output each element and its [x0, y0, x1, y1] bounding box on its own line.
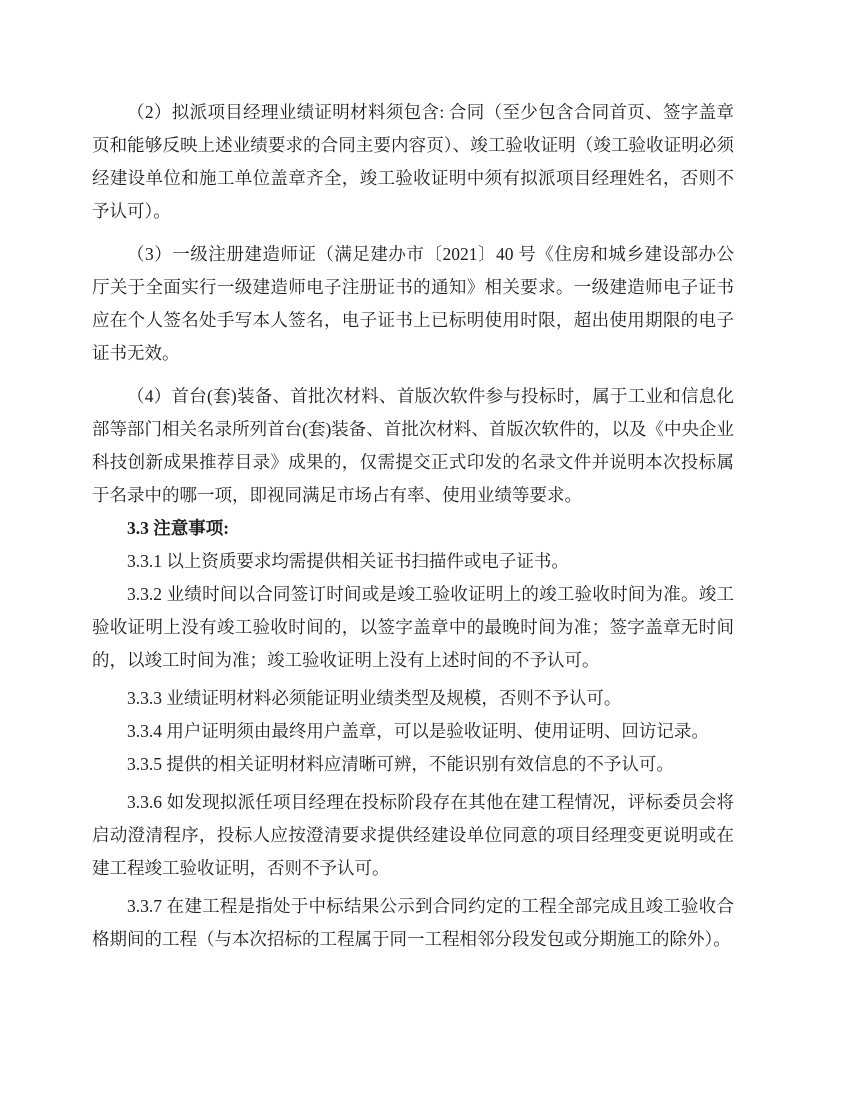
paragraph-3-3-5: 3.3.5 提供的相关证明材料应清晰可辨，不能识别有效信息的不予认可。: [92, 748, 734, 781]
paragraph-2: （2）拟派项目经理业绩证明材料须包含: 合同（至少包含合同首页、签字盖章页和能够…: [92, 96, 734, 228]
paragraph-3-3-4: 3.3.4 用户证明须由最终用户盖章，可以是验收证明、使用证明、回访记录。: [92, 715, 734, 748]
paragraph-3-3-2: 3.3.2 业绩时间以合同签订时间或是竣工验收证明上的竣工验收时间为准。竣工验收…: [92, 578, 734, 677]
page-content: （2）拟派项目经理业绩证明材料须包含: 合同（至少包含合同首页、签字盖章页和能够…: [92, 96, 734, 956]
document-page: （2）拟派项目经理业绩证明材料须包含: 合同（至少包含合同首页、签字盖章页和能够…: [0, 0, 850, 1100]
paragraph-3-3-3: 3.3.3 业绩证明材料必须能证明业绩类型及规模，否则不予认可。: [92, 682, 734, 715]
paragraph-3: （3）一级注册建造师证（满足建办市〔2021〕40 号《住房和城乡建设部办公厅关…: [92, 238, 734, 370]
section-heading-3-3: 3.3 注意事项:: [92, 512, 734, 545]
paragraph-3-3-1: 3.3.1 以上资质要求均需提供相关证书扫描件或电子证书。: [92, 545, 734, 578]
paragraph-3-3-7: 3.3.7 在建工程是指处于中标结果公示到合同约定的工程全部完成且竣工验收合格期…: [92, 890, 734, 956]
paragraph-3-3-6: 3.3.6 如发现拟派任项目经理在投标阶段存在其他在建工程情况，评标委员会将启动…: [92, 786, 734, 885]
paragraph-4: （4）首台(套)装备、首批次材料、首版次软件参与投标时，属于工业和信息化部等部门…: [92, 380, 734, 512]
